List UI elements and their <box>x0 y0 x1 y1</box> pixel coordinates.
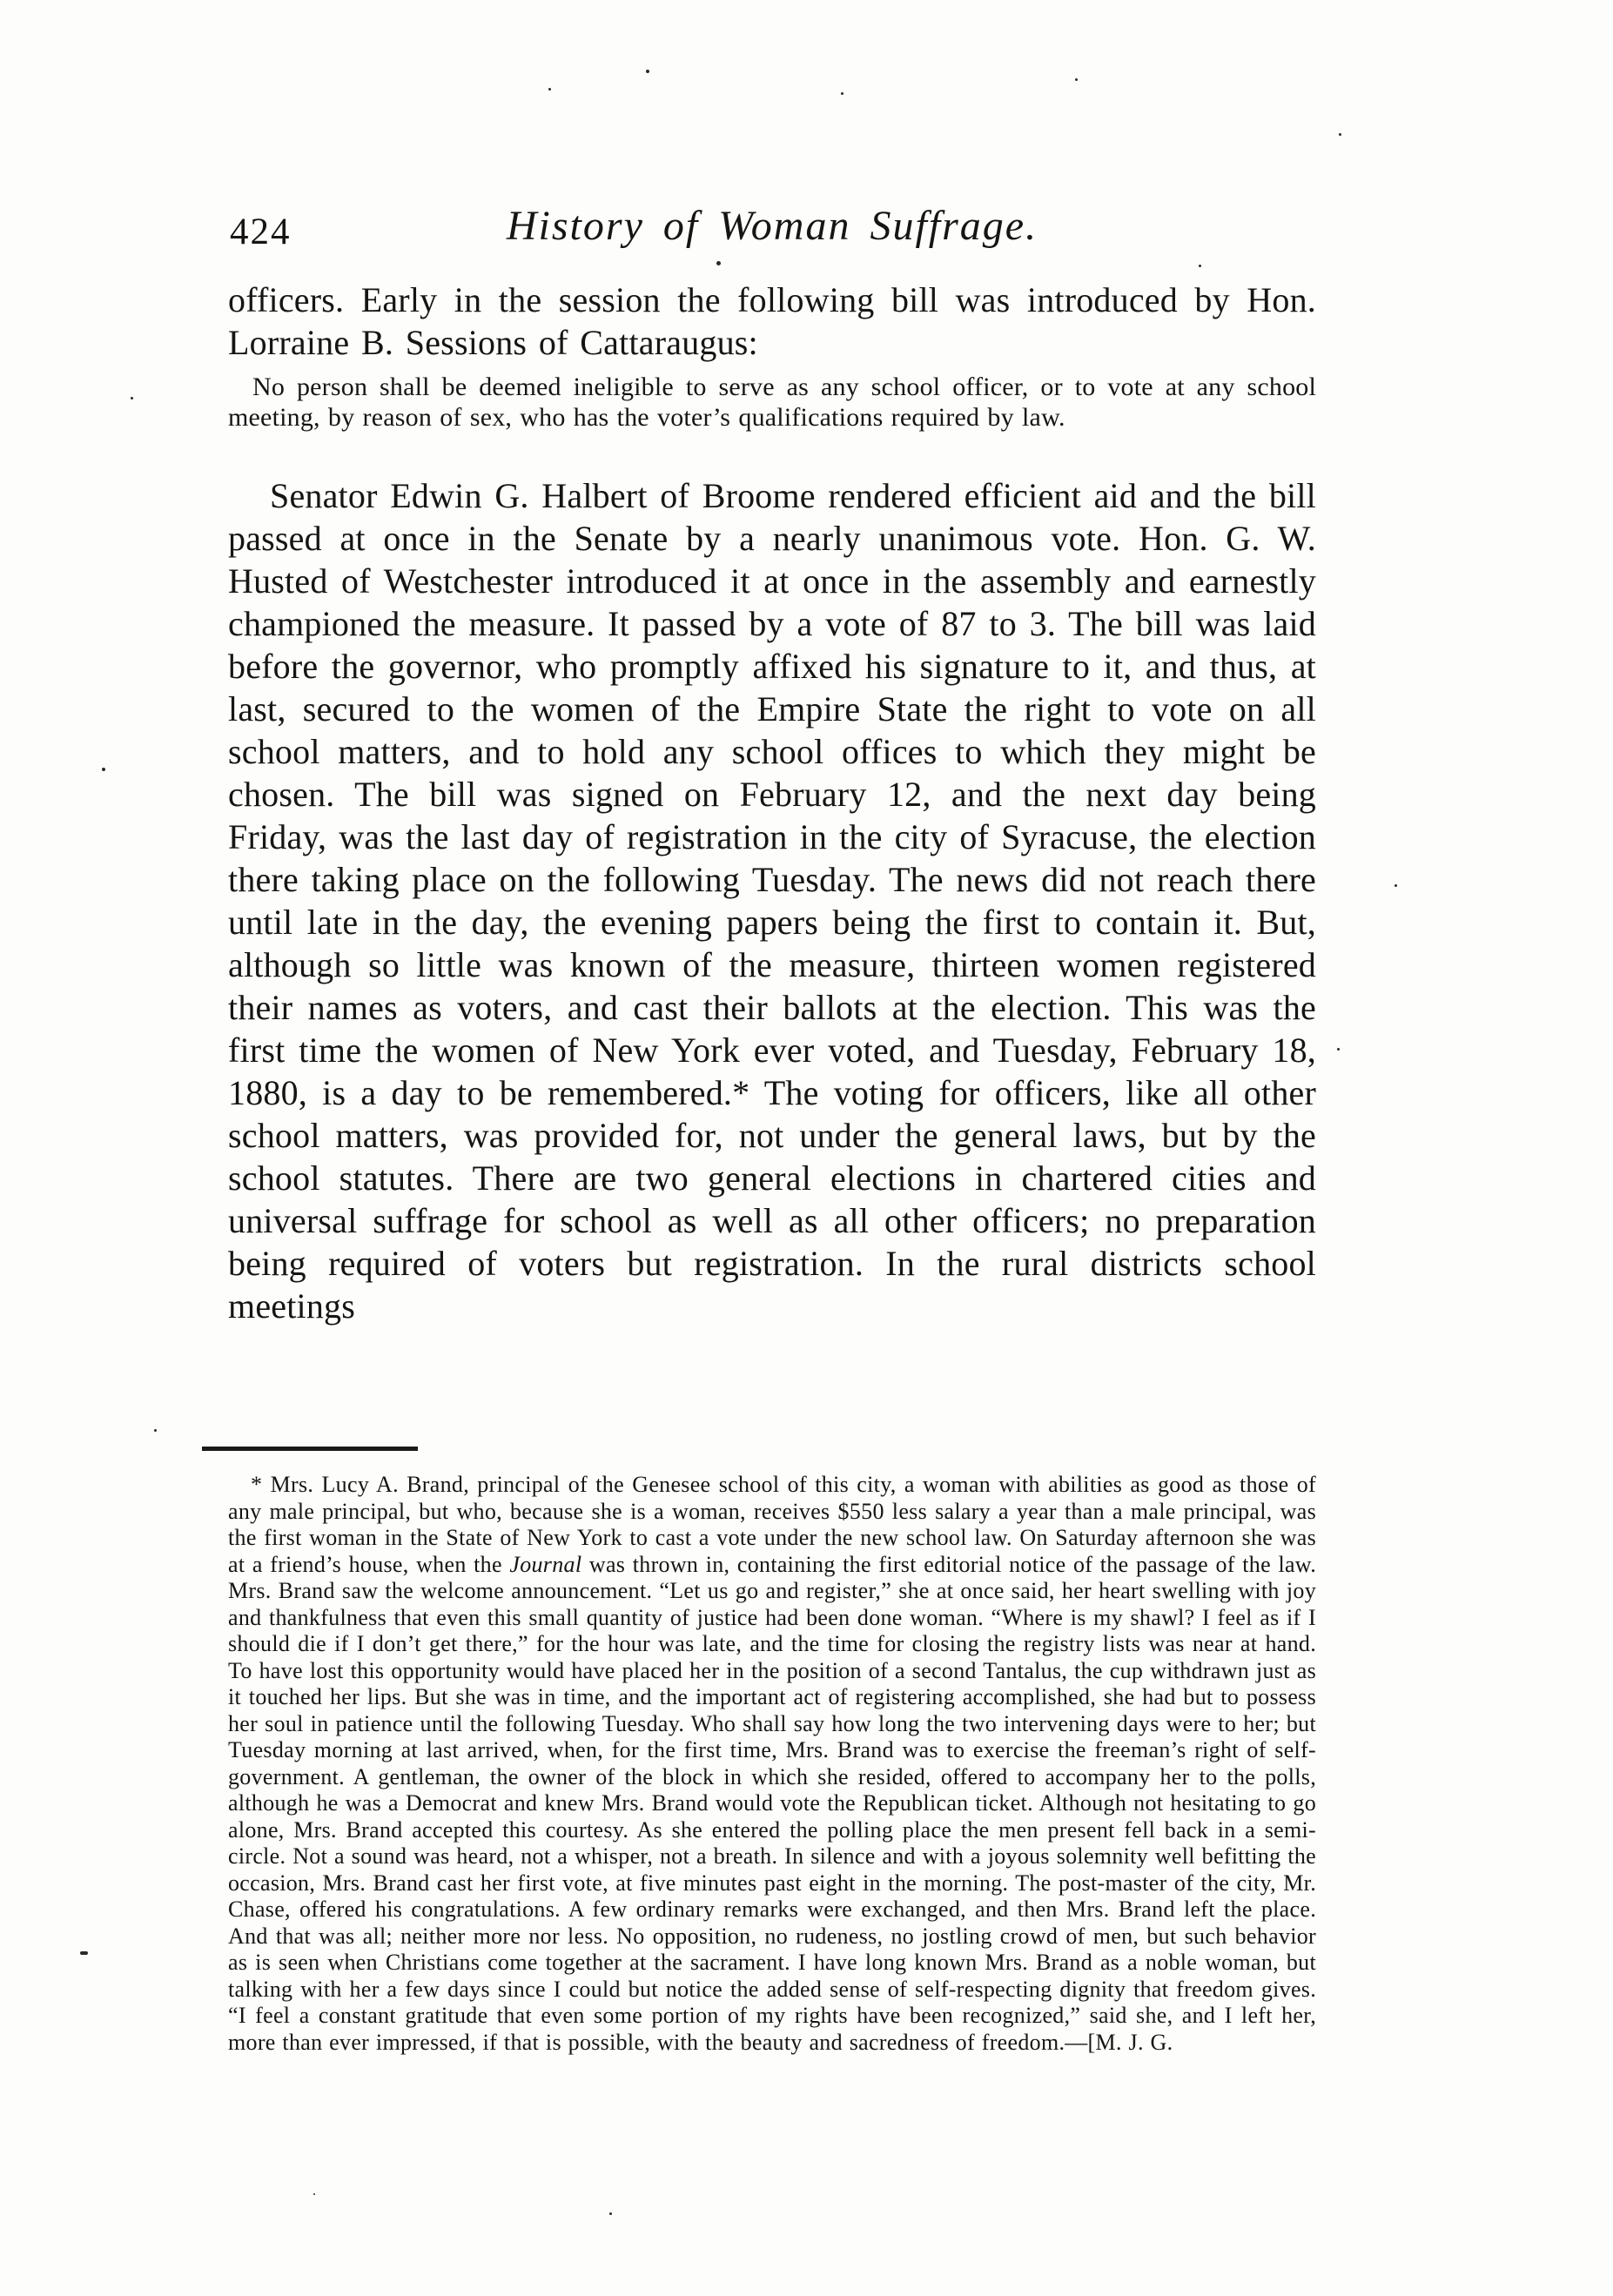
footnote-area: * Mrs. Lucy A. Brand, principal of the G… <box>228 1447 1316 2056</box>
speck <box>1395 884 1397 887</box>
speck <box>548 88 551 91</box>
speck <box>80 1951 88 1955</box>
speck <box>102 768 105 771</box>
speck <box>1339 133 1341 136</box>
speck <box>1075 78 1078 81</box>
statute-blockquote: No person shall be deemed ineligible to … <box>228 373 1316 433</box>
speck <box>313 2193 315 2195</box>
speck <box>154 1429 157 1432</box>
speck <box>841 92 843 95</box>
speck <box>609 2212 612 2215</box>
book-page: 424 History of Woman Suffrage. officers.… <box>0 0 1613 2296</box>
speck <box>131 397 133 399</box>
journal-title-italic: Journal <box>509 1552 581 1577</box>
page-body: officers. Early in the session the follo… <box>228 279 1316 1327</box>
paragraph-continued: officers. Early in the session the follo… <box>228 279 1316 364</box>
footnote-divider-rule <box>202 1447 418 1451</box>
footnote-marker: * <box>251 1472 271 1497</box>
footnote-segment-after: was thrown in, containing the first edit… <box>228 1552 1316 2055</box>
page-header: 424 History of Woman Suffrage. <box>228 202 1316 254</box>
speck <box>1199 265 1201 267</box>
speck <box>1337 1048 1340 1051</box>
paragraph-main: Senator Edwin G. Halbert of Broome rende… <box>228 474 1316 1327</box>
footnote-text: * Mrs. Lucy A. Brand, principal of the G… <box>228 1472 1316 2056</box>
running-title: History of Woman Suffrage. <box>228 202 1316 250</box>
speck <box>646 70 649 73</box>
speck <box>716 261 721 265</box>
